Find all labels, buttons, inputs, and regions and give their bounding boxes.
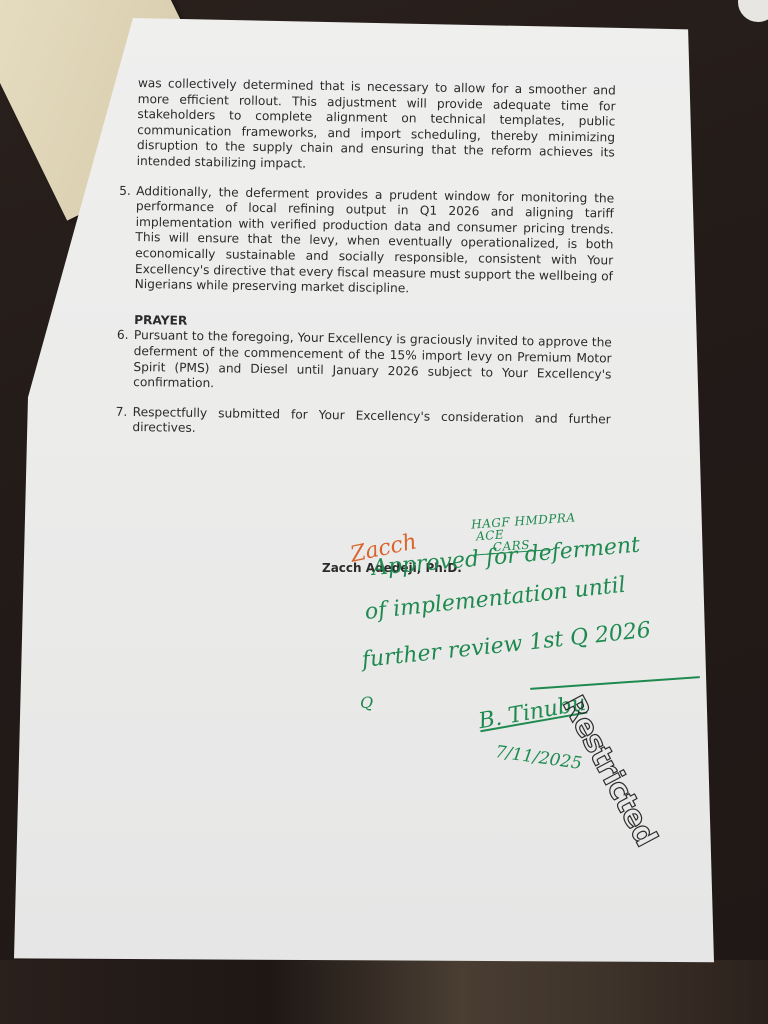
numbered-paragraph: 5. Additionally, the deferment provides … [135,184,615,301]
handwritten-mark: Q [360,693,373,712]
paragraph-text: Additionally, the deferment provides a p… [135,184,615,296]
tabletop [0,960,768,1024]
paragraph-text: Respectfully submitted for Your Excellen… [132,405,610,436]
paragraph-text: Pursuant to the foregoing, Your Excellen… [133,328,612,390]
paragraph-number: 7. [116,404,128,420]
numbered-paragraph: 6. Pursuant to the foregoing, Your Excel… [133,328,612,398]
mug [738,0,768,22]
paragraph-number: 5. [119,183,131,199]
paragraph-number: 6. [117,328,129,344]
document-body: was collectively determined that is nece… [132,76,616,457]
paragraph-continuation: was collectively determined that is nece… [137,76,616,177]
numbered-paragraph: 7. Respectfully submitted for Your Excel… [132,405,610,444]
